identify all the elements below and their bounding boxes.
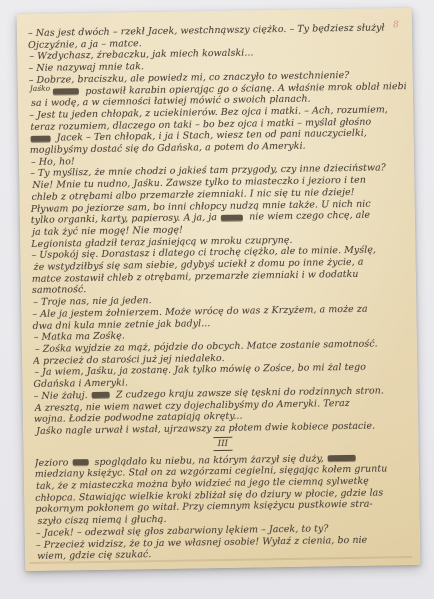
text-segment: – Ho, ho! — [31, 156, 75, 168]
scribble-blot-icon — [72, 459, 88, 465]
text-segment: dwa dni kula mnie zetnie jak badyl... — [32, 318, 210, 332]
text-segment: Jezioro — [35, 457, 72, 469]
text-segment: wiem, gdzie cię szukać. — [37, 549, 151, 561]
inserted-word: Jaśko — [30, 84, 50, 91]
text-segment: nie wiem czego chcę, ale — [246, 210, 370, 223]
text-segment: Gdańska i Ameryki. — [33, 378, 128, 390]
manuscript-lines: – Nas jest dwóch – rzekł Jacek, westchną… — [28, 22, 413, 561]
text-segment: – Matka ma Zośkę. — [34, 331, 125, 343]
scribble-blot-icon — [53, 88, 79, 94]
text-segment: tylko organki, karty, papierosy. A ja, j… — [31, 212, 220, 226]
manuscript-page: 8 – Nas jest dwóch – rzekł Jacek, westch… — [17, 8, 421, 571]
text-segment: – Nie żałuj. — [34, 390, 91, 402]
photo-background: 8 – Nas jest dwóch – rzekł Jacek, westch… — [0, 0, 434, 599]
scribble-blot-icon — [328, 455, 356, 461]
text-segment: – Nie nazywaj mnie tak. — [28, 61, 144, 74]
section-divider-label: III — [214, 436, 233, 450]
scribble-blot-icon — [92, 392, 110, 398]
scribble-blot-icon — [221, 214, 243, 220]
text-segment: samotność. — [32, 285, 87, 297]
section-divider: III — [34, 434, 411, 455]
scribble-blot-icon — [31, 135, 51, 141]
text-segment: – Troje nas, nie ja jeden. — [33, 295, 152, 308]
